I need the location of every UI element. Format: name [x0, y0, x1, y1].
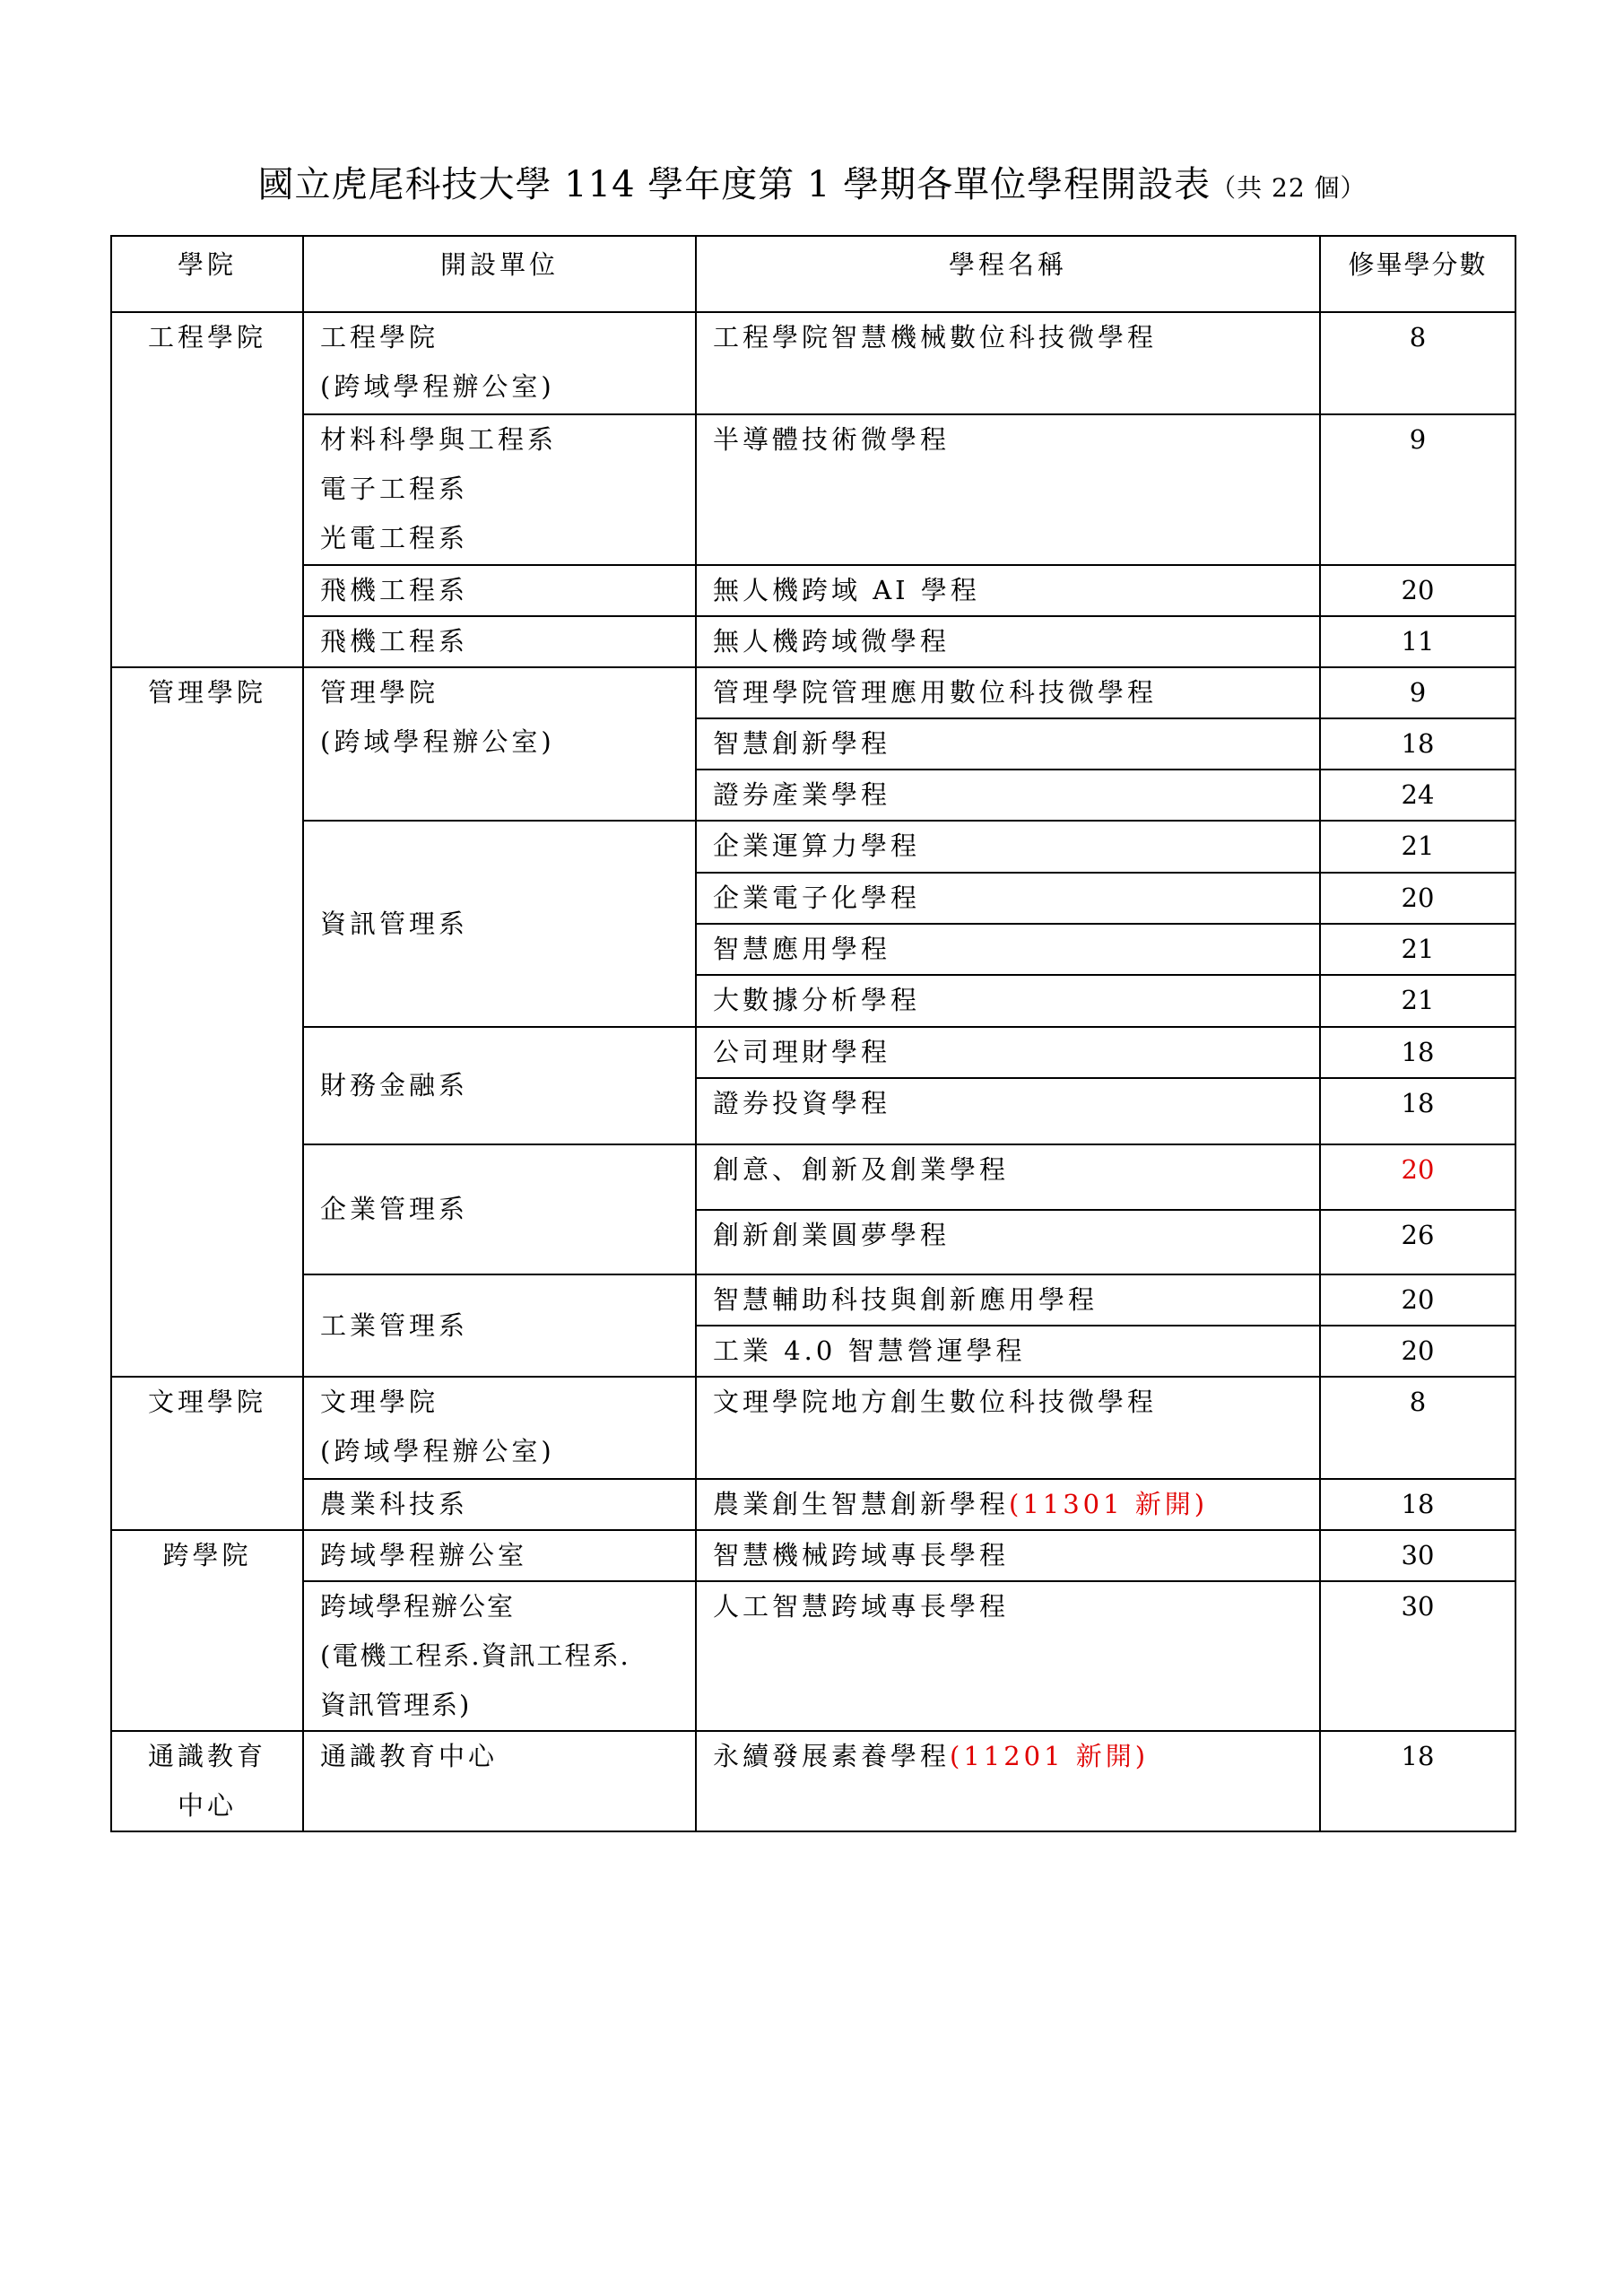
- unit-cell: 材料科學與工程系電子工程系光電工程系: [303, 414, 696, 565]
- unit-cell: 跨域學程辦公室(電機工程系.資訊工程系.資訊管理系): [303, 1581, 696, 1731]
- program-cell: 公司理財學程: [696, 1027, 1320, 1078]
- credits-cell: 21: [1320, 975, 1515, 1027]
- college-cell: 文理學院: [111, 1377, 303, 1530]
- unit-cell: 農業科技系: [303, 1479, 696, 1530]
- program-cell: 證券投資學程: [696, 1078, 1320, 1144]
- document-title: 國立虎尾科技大學 114 學年度第 1 學期各單位學程開設表（共 22 個）: [0, 161, 1624, 212]
- program-cell: 文理學院地方創生數位科技微學程: [696, 1377, 1320, 1479]
- table-row: 工業管理系 智慧輔助科技與創新應用學程 20: [111, 1274, 1515, 1326]
- credits-cell: 18: [1320, 1731, 1515, 1831]
- program-cell: 智慧應用學程: [696, 924, 1320, 975]
- table-row: 跨域學程辦公室(電機工程系.資訊工程系.資訊管理系) 人工智慧跨域專長學程 30: [111, 1581, 1515, 1731]
- credits-cell: 18: [1320, 1027, 1515, 1078]
- new-note: (11201 新開): [950, 1741, 1149, 1771]
- credits-cell: 9: [1320, 667, 1515, 718]
- program-cell: 無人機跨域微學程: [696, 616, 1320, 667]
- college-cell: 工程學院: [111, 312, 303, 667]
- credits-cell: 30: [1320, 1581, 1515, 1731]
- table-row: 財務金融系 公司理財學程 18: [111, 1027, 1515, 1078]
- program-cell: 半導體技術微學程: [696, 414, 1320, 565]
- credits-cell: 18: [1320, 1479, 1515, 1530]
- college-cell: 管理學院: [111, 667, 303, 1377]
- credits-cell: 9: [1320, 414, 1515, 565]
- title-main: 國立虎尾科技大學 114 學年度第 1 學期各單位學程開設表: [257, 164, 1211, 205]
- credits-cell: 18: [1320, 718, 1515, 770]
- credits-cell: 24: [1320, 770, 1515, 821]
- program-cell: 人工智慧跨域專長學程: [696, 1581, 1320, 1731]
- program-cell: 大數據分析學程: [696, 975, 1320, 1027]
- unit-cell: 工業管理系: [303, 1274, 696, 1377]
- header-row: 學院 開設單位 學程名稱 修畢學分數: [111, 236, 1515, 312]
- credits-cell: 21: [1320, 821, 1515, 873]
- unit-cell: 跨域學程辦公室: [303, 1530, 696, 1581]
- table-row: 工程學院 工程學院(跨域學程辦公室) 工程學院智慧機械數位科技微學程 8: [111, 312, 1515, 414]
- header-unit: 開設單位: [303, 236, 696, 312]
- table-row: 農業科技系 農業創生智慧創新學程(11301 新開) 18: [111, 1479, 1515, 1530]
- table-row: 資訊管理系 企業運算力學程 21: [111, 821, 1515, 873]
- title-count: （共 22 個）: [1211, 173, 1366, 203]
- unit-cell: 財務金融系: [303, 1027, 696, 1144]
- program-cell: 永續發展素養學程(11201 新開): [696, 1731, 1320, 1831]
- program-cell: 農業創生智慧創新學程(11301 新開): [696, 1479, 1320, 1530]
- table-row: 企業管理系 創意、創新及創業學程 20: [111, 1144, 1515, 1210]
- credits-cell: 8: [1320, 1377, 1515, 1479]
- unit-cell: 企業管理系: [303, 1144, 696, 1274]
- unit-cell: 資訊管理系: [303, 821, 696, 1027]
- unit-cell: 工程學院(跨域學程辦公室): [303, 312, 696, 414]
- credits-cell: 20: [1320, 1274, 1515, 1326]
- credits-cell: 20: [1320, 1326, 1515, 1377]
- unit-cell: 飛機工程系: [303, 565, 696, 616]
- table-row: 跨學院 跨域學程辦公室 智慧機械跨域專長學程 30: [111, 1530, 1515, 1581]
- unit-cell: 管理學院(跨域學程辦公室): [303, 667, 696, 821]
- program-cell: 創新創業圓夢學程: [696, 1210, 1320, 1274]
- table-row: 材料科學與工程系電子工程系光電工程系 半導體技術微學程 9: [111, 414, 1515, 565]
- table-row: 管理學院 管理學院(跨域學程辦公室) 管理學院管理應用數位科技微學程 9: [111, 667, 1515, 718]
- program-table: 學院 開設單位 學程名稱 修畢學分數 工程學院 工程學院(跨域學程辦公室) 工程…: [110, 235, 1516, 1832]
- college-cell: 通識教育中心: [111, 1731, 303, 1831]
- credits-cell: 8: [1320, 312, 1515, 414]
- credits-cell: 21: [1320, 924, 1515, 975]
- college-cell: 跨學院: [111, 1530, 303, 1731]
- unit-cell: 通識教育中心: [303, 1731, 696, 1831]
- credits-cell-highlighted: 20: [1320, 1144, 1515, 1210]
- program-cell: 企業運算力學程: [696, 821, 1320, 873]
- header-credits: 修畢學分數: [1320, 236, 1515, 312]
- program-cell: 管理學院管理應用數位科技微學程: [696, 667, 1320, 718]
- program-cell: 智慧輔助科技與創新應用學程: [696, 1274, 1320, 1326]
- new-note: (11301 新開): [1009, 1489, 1208, 1519]
- unit-cell: 飛機工程系: [303, 616, 696, 667]
- header-college: 學院: [111, 236, 303, 312]
- credits-cell: 30: [1320, 1530, 1515, 1581]
- table-row: 文理學院 文理學院(跨域學程辦公室) 文理學院地方創生數位科技微學程 8: [111, 1377, 1515, 1479]
- program-cell: 智慧創新學程: [696, 718, 1320, 770]
- credits-cell: 18: [1320, 1078, 1515, 1144]
- credits-cell: 11: [1320, 616, 1515, 667]
- program-cell: 智慧機械跨域專長學程: [696, 1530, 1320, 1581]
- program-cell: 工程學院智慧機械數位科技微學程: [696, 312, 1320, 414]
- table-row: 飛機工程系 無人機跨域 AI 學程 20: [111, 565, 1515, 616]
- credits-cell: 20: [1320, 565, 1515, 616]
- program-cell: 創意、創新及創業學程: [696, 1144, 1320, 1210]
- program-cell: 工業 4.0 智慧營運學程: [696, 1326, 1320, 1377]
- header-program: 學程名稱: [696, 236, 1320, 312]
- credits-cell: 26: [1320, 1210, 1515, 1274]
- program-cell: 無人機跨域 AI 學程: [696, 565, 1320, 616]
- unit-cell: 文理學院(跨域學程辦公室): [303, 1377, 696, 1479]
- table-row: 通識教育中心 通識教育中心 永續發展素養學程(11201 新開) 18: [111, 1731, 1515, 1831]
- program-cell: 企業電子化學程: [696, 873, 1320, 924]
- program-cell: 證券產業學程: [696, 770, 1320, 821]
- table-row: 飛機工程系 無人機跨域微學程 11: [111, 616, 1515, 667]
- credits-cell: 20: [1320, 873, 1515, 924]
